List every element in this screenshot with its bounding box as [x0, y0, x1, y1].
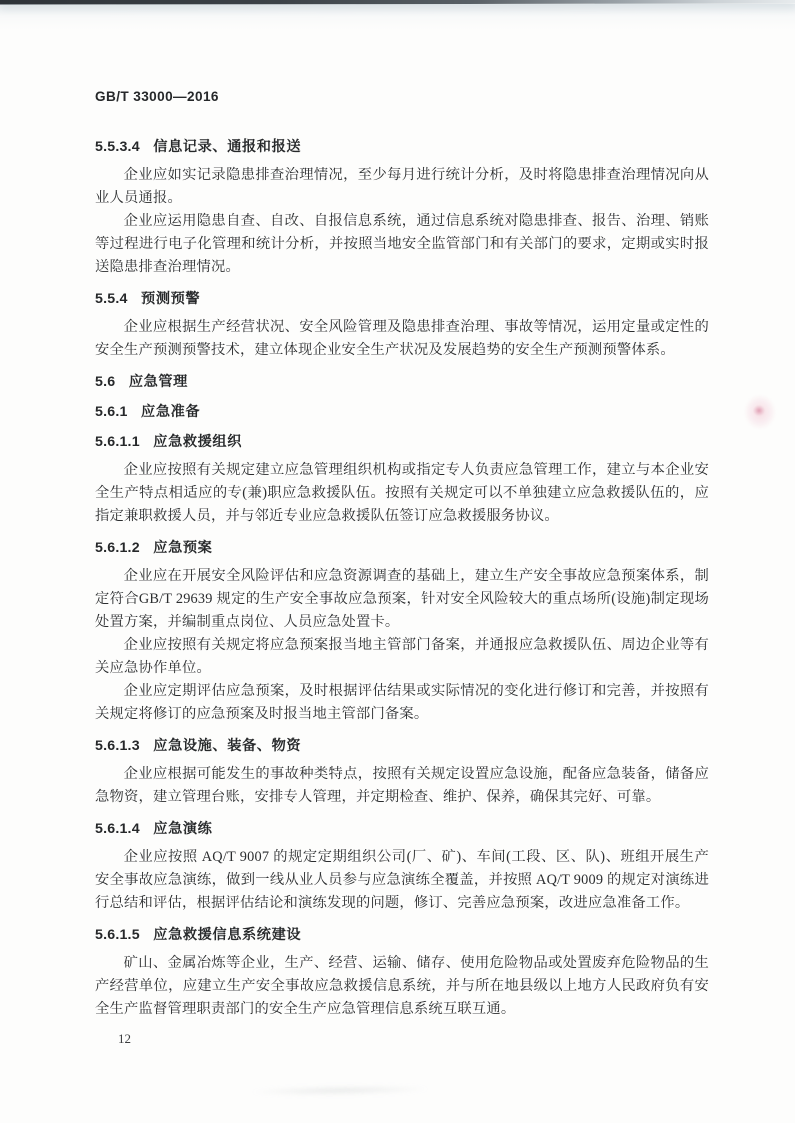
section-title: 应急救援组织 — [153, 434, 242, 450]
section-number: 5.6.1.3 — [95, 736, 140, 756]
section-title: 应急演练 — [153, 821, 212, 837]
section-heading-5-6-1-5: 5.6.1.5应急救援信息系统建设 — [95, 925, 709, 945]
page-content: GB/T 33000—2016 5.5.3.4信息记录、通报和报送 企业应如实记… — [95, 0, 709, 1021]
section-title: 应急设施、装备、物资 — [153, 738, 301, 754]
page-number: 12 — [118, 1031, 131, 1047]
section-number: 5.6.1.4 — [95, 819, 140, 839]
section-number: 5.6.1.1 — [95, 432, 140, 452]
scan-smudge-pink-core — [753, 405, 765, 416]
section-number: 5.6.1.2 — [95, 538, 140, 558]
scan-smudge-grey — [250, 1084, 430, 1096]
section-heading-5-6-1-2: 5.6.1.2应急预案 — [95, 538, 709, 558]
section-heading-5-6: 5.6应急管理 — [95, 372, 709, 392]
paragraph: 企业应定期评估应急预案，及时根据评估结果或实际情况的变化进行修订和完善，并按照有… — [95, 680, 709, 726]
section-heading-5-5-3-4: 5.5.3.4信息记录、通报和报送 — [95, 137, 709, 157]
section-title: 信息记录、通报和报送 — [153, 139, 301, 155]
standard-number: GB/T 33000—2016 — [95, 89, 709, 104]
section-heading-5-6-1: 5.6.1应急准备 — [95, 402, 709, 422]
paragraph: 矿山、金属冶炼等企业，生产、经营、运输、储存、使用危险物品或处置废弃危险物品的生… — [95, 952, 709, 1021]
section-number: 5.6.1.5 — [95, 925, 140, 945]
section-heading-5-6-1-4: 5.6.1.4应急演练 — [95, 819, 709, 839]
document-page: GB/T 33000—2016 5.5.3.4信息记录、通报和报送 企业应如实记… — [0, 0, 795, 1123]
section-title: 应急救援信息系统建设 — [153, 927, 301, 943]
paragraph: 企业应按照有关规定建立应急管理组织机构或指定专人负责应急管理工作，建立与本企业安… — [95, 459, 709, 528]
paragraph: 企业应在开展安全风险评估和应急资源调查的基础上，建立生产安全事故应急预案体系，制… — [95, 565, 709, 634]
section-number: 5.6.1 — [95, 402, 128, 422]
document-body: 5.5.3.4信息记录、通报和报送 企业应如实记录隐患排查治理情况，至少每月进行… — [95, 137, 709, 1021]
section-heading-5-5-4: 5.5.4预测预警 — [95, 289, 709, 309]
section-title: 应急准备 — [141, 404, 200, 420]
section-heading-5-6-1-3: 5.6.1.3应急设施、装备、物资 — [95, 736, 709, 756]
section-title: 应急预案 — [153, 540, 212, 556]
section-title: 预测预警 — [141, 291, 200, 307]
section-title: 应急管理 — [129, 374, 188, 390]
section-number: 5.6 — [95, 372, 115, 392]
paragraph: 企业应如实记录隐患排查治理情况，至少每月进行统计分析，及时将隐患排查治理情况向从… — [95, 164, 709, 210]
paragraph: 企业应根据可能发生的事故种类特点，按照有关规定设置应急设施，配备应急装备，储备应… — [95, 763, 709, 809]
section-number: 5.5.4 — [95, 289, 128, 309]
paragraph: 企业应按照 AQ/T 9007 的规定定期组织公司(厂、矿)、车间(工段、区、队… — [95, 846, 709, 915]
paragraph: 企业应根据生产经营状况、安全风险管理及隐患排查治理、事故等情况，运用定量或定性的… — [95, 316, 709, 362]
paragraph: 企业应运用隐患自查、自改、自报信息系统，通过信息系统对隐患排查、报告、治理、销账… — [95, 210, 709, 279]
paragraph: 企业应按照有关规定将应急预案报当地主管部门备案，并通报应急救援队伍、周边企业等有… — [95, 634, 709, 680]
section-number: 5.5.3.4 — [95, 137, 140, 157]
section-heading-5-6-1-1: 5.6.1.1应急救援组织 — [95, 432, 709, 452]
